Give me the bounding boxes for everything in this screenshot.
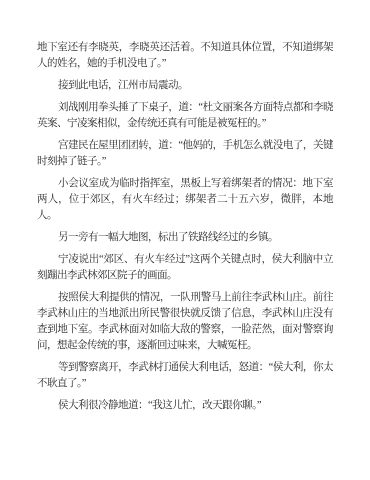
book-page: 地下室还有李晓英，李晓英还活着。不知道具体位置，不知道绑架人的姓名，她的手机没电… (0, 0, 370, 480)
paragraph: 侯大利很冷静地道：“我这儿忙，改天跟你聊。” (37, 398, 333, 414)
paragraph: 等到警察离开，李武林打通侯大利电话，怒道：“侯大利，你太不耿直了。” (37, 360, 333, 392)
paragraph: 另一旁有一幅大地图，标出了铁路线经过的乡镇。 (37, 230, 333, 246)
paragraph: 按照侯大利提供的情况，一队刑警马上前往李武林山庄。前往李武林山庄的当地派出所民警… (37, 290, 333, 354)
paragraph: 接到此电话，江州市局震动。 (37, 78, 333, 94)
paragraph: 刘战刚用拳头捶了下桌子，道：“杜文丽案各方面特点都和李晓英案、宁凌案相似，金传统… (37, 100, 333, 132)
paragraph: 宫建民在屋里团团转，道：“他妈的，手机怎么就没电了，关键时刻掉了链子。” (37, 138, 333, 170)
paragraph: 小会议室成为临时指挥室，黑板上写着绑架者的情况：地下室两人，位于郊区，有火车经过… (37, 176, 333, 224)
paragraph: 宁凌说出“郊区、有火车经过”这两个关键点时，侯大利脑中立刻蹦出李武林郊区院子的画… (37, 252, 333, 284)
paragraph: 地下室还有李晓英，李晓英还活着。不知道具体位置，不知道绑架人的姓名，她的手机没电… (37, 40, 333, 72)
